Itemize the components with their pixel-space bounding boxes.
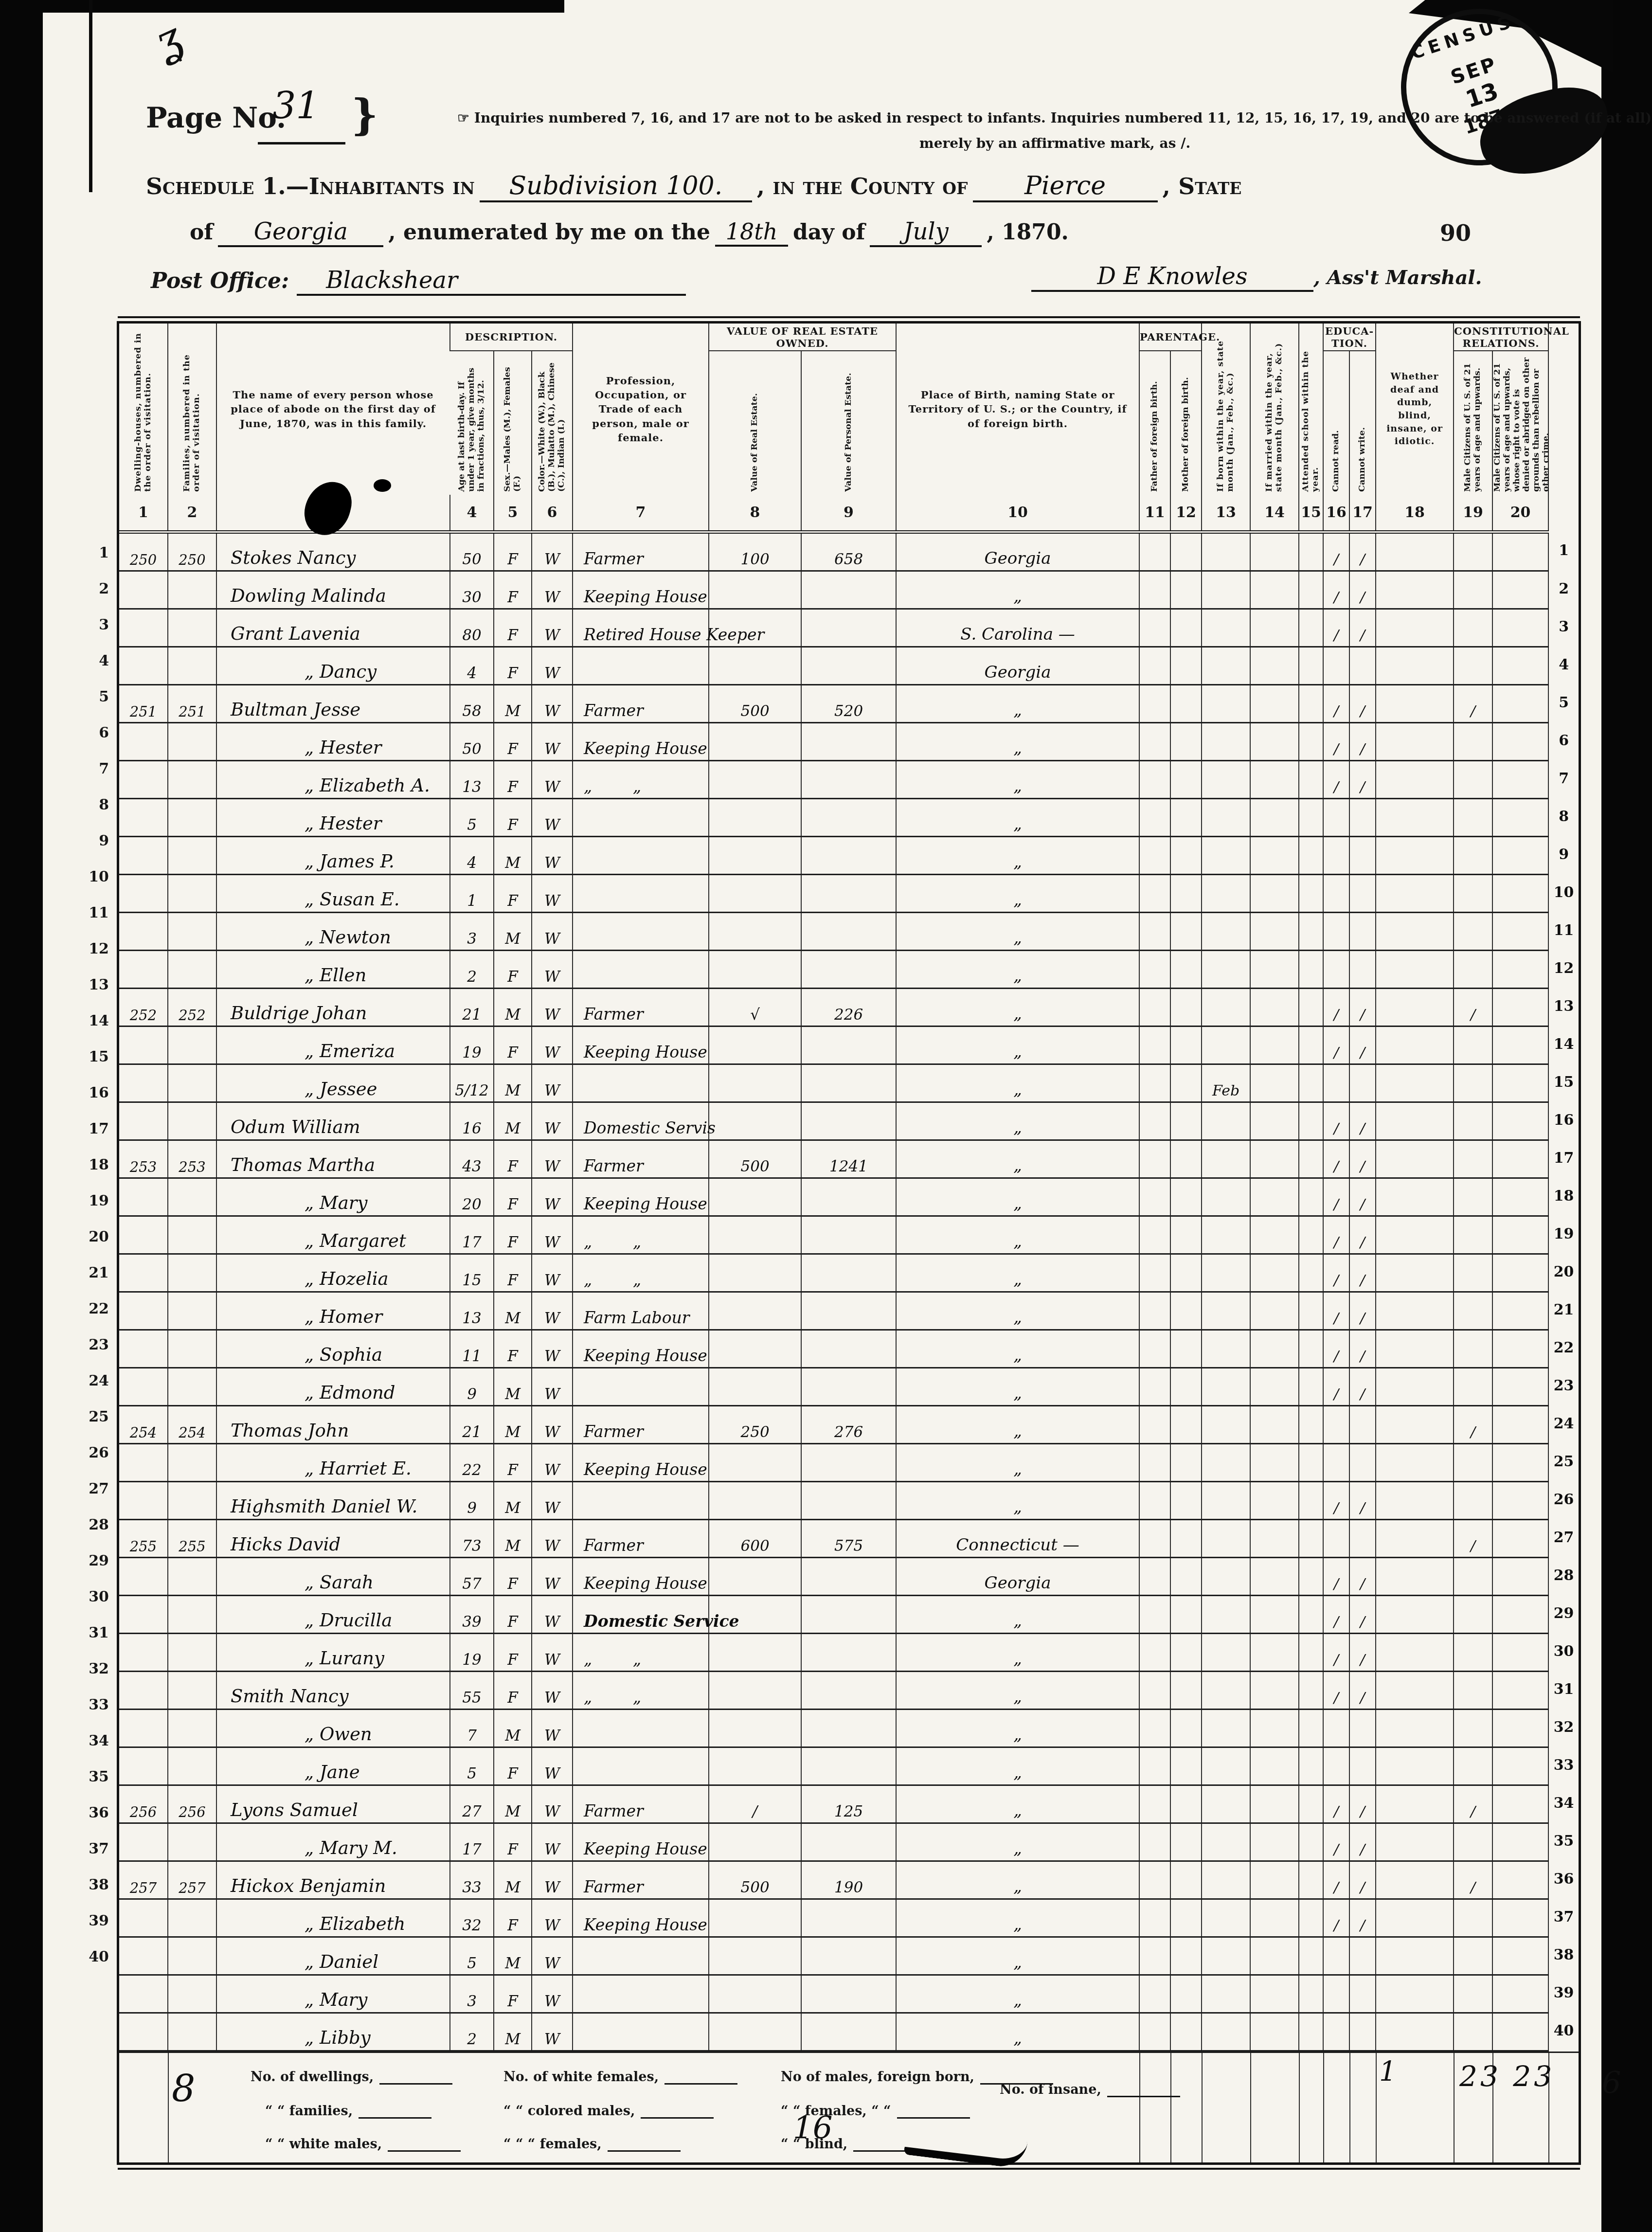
- row-number-left: 38: [72, 1867, 109, 1903]
- age-cell: 50: [450, 532, 494, 571]
- row-number-left: 27: [72, 1471, 109, 1507]
- person-row: 252 252 Buldrige Johan 21 M W Farmer √ 2…: [119, 989, 1579, 1026]
- day-of-label: day of: [793, 220, 865, 245]
- mother-foreign-cell: [1170, 685, 1202, 723]
- real-estate-cell: [709, 647, 801, 685]
- sex-cell: M: [494, 1368, 532, 1406]
- family-number-cell: 251: [168, 685, 216, 723]
- person-row: „ James P. 4 M W „ 9: [119, 837, 1579, 875]
- name-cell: Buldrige Johan: [216, 989, 450, 1026]
- color-cell: W: [532, 761, 573, 799]
- born-month-cell: [1202, 685, 1250, 723]
- father-foreign-cell: [1139, 1672, 1170, 1710]
- name-cell: „ Hester: [216, 799, 450, 837]
- personal-estate-cell: [801, 951, 896, 989]
- family-number-cell: [168, 1064, 216, 1102]
- real-estate-cell: [709, 1558, 801, 1596]
- schedule-label: Schedule 1.—Inhabitants in: [146, 173, 475, 200]
- deaf-dumb-cell: [1376, 1672, 1454, 1710]
- citizen-cell: [1454, 1368, 1492, 1406]
- occupation-cell: Farmer: [573, 1785, 709, 1823]
- birthplace-cell: „: [896, 1710, 1139, 1747]
- person-row: „ Hozelia 15 F W „ „ „ / / 20: [119, 1254, 1579, 1292]
- deaf-dumb-cell: [1376, 1558, 1454, 1596]
- col-num-7: 7: [573, 495, 709, 532]
- citizen-cell: [1454, 1444, 1492, 1482]
- row-number-left: 39: [72, 1903, 109, 1939]
- real-estate-cell: [709, 1823, 801, 1861]
- born-month-cell: [1202, 1710, 1250, 1747]
- row-number-right: 39: [1548, 1975, 1579, 2013]
- sex-cell: F: [494, 799, 532, 837]
- citizen-cell: [1454, 1292, 1492, 1330]
- citizen-cell: [1454, 1596, 1492, 1634]
- deaf-dumb-cell: [1376, 532, 1454, 571]
- vote-denied-cell: [1492, 609, 1548, 647]
- occupation-cell: [573, 1368, 709, 1406]
- footer-blank: [664, 2070, 737, 2085]
- age-cell: 30: [450, 571, 494, 609]
- age-cell: 55: [450, 1672, 494, 1710]
- row-number-right: 2: [1548, 571, 1579, 609]
- age-cell: 5: [450, 1937, 494, 1975]
- birthplace-cell: „: [896, 913, 1139, 951]
- sex-cell: F: [494, 571, 532, 609]
- citizen-cell: [1454, 1178, 1492, 1216]
- born-month-cell: [1202, 761, 1250, 799]
- schedule-line: Schedule 1.—Inhabitants in Subdivision 1…: [146, 171, 1242, 202]
- person-row: „ Newton 3 M W „ 11: [119, 913, 1579, 951]
- birthplace-cell: „: [896, 571, 1139, 609]
- citizen-cell: [1454, 913, 1492, 951]
- col-num-16: 16: [1323, 495, 1349, 532]
- census-table-frame: Dwelling-houses, numbered in the order o…: [117, 321, 1581, 2165]
- row-number-left: 22: [72, 1291, 109, 1327]
- cannot-write-cell: [1349, 875, 1376, 913]
- row-number-right: 36: [1548, 1861, 1579, 1899]
- vote-denied-cell: [1492, 1292, 1548, 1330]
- age-cell: 11: [450, 1330, 494, 1368]
- row-number-left: 13: [72, 967, 109, 1003]
- dwelling-number-cell: [119, 647, 168, 685]
- sex-cell: F: [494, 647, 532, 685]
- person-row: „ Harriet E. 22 F W Keeping House „ 25: [119, 1444, 1579, 1482]
- person-row: „ Margaret 17 F W „ „ „ / / 19: [119, 1216, 1579, 1254]
- real-estate-cell: [709, 1216, 801, 1254]
- father-foreign-cell: [1139, 1634, 1170, 1672]
- born-month-cell: [1202, 1520, 1250, 1558]
- occupation-cell: [573, 875, 709, 913]
- row-number-left: 36: [72, 1795, 109, 1831]
- vote-denied-cell: [1492, 1558, 1548, 1596]
- occupation-cell: Farmer: [573, 685, 709, 723]
- personal-estate-cell: [801, 723, 896, 761]
- married-month-cell: [1250, 1368, 1299, 1406]
- school-cell: [1299, 1178, 1323, 1216]
- sex-cell: M: [494, 1482, 532, 1520]
- school-cell: [1299, 1064, 1323, 1102]
- mother-foreign-cell: [1170, 1747, 1202, 1785]
- citizen-cell: [1454, 609, 1492, 647]
- name-cell: „ Elizabeth A.: [216, 761, 450, 799]
- person-row: „ Dancy 4 F W Georgia 4: [119, 647, 1579, 685]
- age-cell: 21: [450, 989, 494, 1026]
- real-estate-cell: [709, 1368, 801, 1406]
- marshal-line: D E Knowles , Ass't Marshal.: [1031, 263, 1482, 292]
- school-cell: [1299, 1823, 1323, 1861]
- sex-cell: M: [494, 1292, 532, 1330]
- family-number-cell: 256: [168, 1785, 216, 1823]
- post-office-line: Post Office: Blackshear: [151, 267, 686, 296]
- occupation-cell: Keeping House: [573, 1899, 709, 1937]
- row-number-left: 6: [72, 715, 109, 751]
- birthplace-cell: „: [896, 1747, 1139, 1785]
- family-number-cell: [168, 1216, 216, 1254]
- page-no-brace: }: [351, 90, 378, 140]
- birthplace-cell: „: [896, 837, 1139, 875]
- family-number-cell: [168, 1026, 216, 1064]
- vote-denied-cell: [1492, 571, 1548, 609]
- personal-estate-cell: [801, 1482, 896, 1520]
- mother-foreign-cell: [1170, 1482, 1202, 1520]
- of-label: of: [190, 220, 213, 245]
- name-cell: „ Owen: [216, 1710, 450, 1747]
- real-estate-cell: [709, 1292, 801, 1330]
- col-num-8: 8: [709, 495, 801, 532]
- post-office-value: Blackshear: [297, 267, 686, 296]
- citizen-cell: /: [1454, 1520, 1492, 1558]
- name-cell: „ Edmond: [216, 1368, 450, 1406]
- row-number-left: 32: [72, 1651, 109, 1687]
- state-suffix: , State: [1163, 173, 1242, 200]
- personal-estate-cell: 276: [801, 1406, 896, 1444]
- mother-foreign-cell: [1170, 1444, 1202, 1482]
- color-cell: W: [532, 1102, 573, 1140]
- age-cell: 4: [450, 647, 494, 685]
- vote-denied-cell: [1492, 685, 1548, 723]
- personal-estate-cell: [801, 799, 896, 837]
- footer-families-label: “ “ families,: [265, 2104, 431, 2119]
- deaf-dumb-cell: [1376, 761, 1454, 799]
- father-foreign-cell: [1139, 1216, 1170, 1254]
- citizen-cell: [1454, 1140, 1492, 1178]
- school-cell: [1299, 1710, 1323, 1747]
- citizen-cell: [1454, 1823, 1492, 1861]
- row-number-left: 33: [72, 1687, 109, 1723]
- married-month-cell: [1250, 1710, 1299, 1747]
- occupation-cell: Keeping House: [573, 1444, 709, 1482]
- footer-colored-males-label: “ “ colored males,: [503, 2104, 714, 2119]
- cannot-read-cell: /: [1323, 1558, 1349, 1596]
- citizen-cell: /: [1454, 685, 1492, 723]
- row-number-right: 40: [1548, 2013, 1579, 2051]
- age-cell: 19: [450, 1026, 494, 1064]
- person-row: 254 254 Thomas John 21 M W Farmer 250 27…: [119, 1406, 1579, 1444]
- age-cell: 43: [450, 1140, 494, 1178]
- born-month-cell: [1202, 1368, 1250, 1406]
- school-cell: [1299, 1747, 1323, 1785]
- born-month-cell: [1202, 875, 1250, 913]
- color-cell: W: [532, 1558, 573, 1596]
- sex-cell: M: [494, 1406, 532, 1444]
- vote-denied-cell: [1492, 761, 1548, 799]
- family-number-cell: [168, 1102, 216, 1140]
- born-month-cell: [1202, 1254, 1250, 1292]
- person-row: „ Mary 20 F W Keeping House „ / / 18: [119, 1178, 1579, 1216]
- dwelling-number-cell: [119, 913, 168, 951]
- citizen-cell: [1454, 1710, 1492, 1747]
- cannot-write-cell: /: [1349, 723, 1376, 761]
- row-number-left: 28: [72, 1507, 109, 1543]
- cannot-read-cell: /: [1323, 1672, 1349, 1710]
- dwelling-number-cell: [119, 761, 168, 799]
- born-month-cell: [1202, 1102, 1250, 1140]
- birthplace-cell: „: [896, 1102, 1139, 1140]
- father-foreign-cell: [1139, 2013, 1170, 2051]
- birthplace-cell: Connecticut —: [896, 1520, 1139, 1558]
- family-number-cell: [168, 1254, 216, 1292]
- col-header-mother-foreign: Mother of foreign birth.: [1181, 358, 1191, 492]
- row-number-right: 10: [1548, 875, 1579, 913]
- occupation-cell: „ „: [573, 761, 709, 799]
- married-month-cell: [1250, 1064, 1299, 1102]
- school-cell: [1299, 1482, 1323, 1520]
- age-cell: 5/12: [450, 1064, 494, 1102]
- age-cell: 5: [450, 799, 494, 837]
- born-month-cell: [1202, 1444, 1250, 1482]
- color-cell: W: [532, 571, 573, 609]
- color-cell: W: [532, 1482, 573, 1520]
- real-estate-cell: [709, 1710, 801, 1747]
- row-number-right: 34: [1548, 1785, 1579, 1823]
- citizen-cell: [1454, 1102, 1492, 1140]
- person-row: 253 253 Thomas Martha 43 F W Farmer 500 …: [119, 1140, 1579, 1178]
- mother-foreign-cell: [1170, 875, 1202, 913]
- ink-squiggle: ʓ: [146, 12, 190, 68]
- col-header-cannot-write: Cannot write.: [1358, 358, 1367, 492]
- col-header-sex: Sex.—Males (M.), Females (F.): [503, 358, 522, 492]
- col-num-20: 20: [1492, 495, 1548, 532]
- dwelling-number-cell: [119, 837, 168, 875]
- person-row: „ Mary 3 F W „ 39: [119, 1975, 1579, 2013]
- real-estate-cell: [709, 1026, 801, 1064]
- married-month-cell: [1250, 1178, 1299, 1216]
- col-header-father-foreign: Father of foreign birth.: [1150, 358, 1160, 492]
- real-estate-cell: [709, 1747, 801, 1785]
- personal-estate-cell: 125: [801, 1785, 896, 1823]
- dwelling-number-cell: [119, 1747, 168, 1785]
- dwelling-number-cell: [119, 571, 168, 609]
- col-header-vote-denied: Male Citizens of U. S. of 21 years of ag…: [1493, 358, 1551, 492]
- row-number-right: 15: [1548, 1064, 1579, 1102]
- father-foreign-cell: [1139, 837, 1170, 875]
- family-number-cell: [168, 1444, 216, 1482]
- row-number-right: 35: [1548, 1823, 1579, 1861]
- birthplace-cell: „: [896, 1899, 1139, 1937]
- personal-estate-cell: [801, 609, 896, 647]
- name-cell: „ Margaret: [216, 1216, 450, 1254]
- real-estate-cell: [709, 1975, 801, 2013]
- married-month-cell: [1250, 1330, 1299, 1368]
- personal-estate-cell: [801, 875, 896, 913]
- age-cell: 50: [450, 723, 494, 761]
- personal-estate-cell: 226: [801, 989, 896, 1026]
- married-month-cell: [1250, 1899, 1299, 1937]
- right-number-column-head: [1548, 324, 1579, 532]
- married-month-cell: [1250, 1975, 1299, 2013]
- born-month-cell: [1202, 799, 1250, 837]
- deaf-dumb-cell: [1376, 1785, 1454, 1823]
- name-cell: „ Emeriza: [216, 1026, 450, 1064]
- family-number-cell: [168, 951, 216, 989]
- sex-cell: F: [494, 1672, 532, 1710]
- row-number-left: 37: [72, 1831, 109, 1867]
- cannot-read-cell: /: [1323, 1026, 1349, 1064]
- family-number-cell: [168, 1368, 216, 1406]
- color-cell: W: [532, 913, 573, 951]
- citizen-cell: [1454, 532, 1492, 571]
- cannot-write-cell: /: [1349, 1178, 1376, 1216]
- birthplace-cell: „: [896, 1444, 1139, 1482]
- age-cell: 3: [450, 1975, 494, 2013]
- born-month-cell: [1202, 1216, 1250, 1254]
- row-number-left: 30: [72, 1579, 109, 1615]
- row-number-right: 30: [1548, 1634, 1579, 1672]
- family-number-cell: [168, 1823, 216, 1861]
- scan-edge-right: [1601, 0, 1652, 2232]
- father-foreign-cell: [1139, 723, 1170, 761]
- father-foreign-cell: [1139, 1861, 1170, 1899]
- citizen-cell: [1454, 799, 1492, 837]
- col-num-2: 2: [168, 495, 216, 532]
- mother-foreign-cell: [1170, 1216, 1202, 1254]
- real-estate-cell: [709, 875, 801, 913]
- dwelling-number-cell: [119, 1975, 168, 2013]
- cannot-write-cell: /: [1349, 532, 1376, 571]
- school-cell: [1299, 875, 1323, 913]
- age-cell: 20: [450, 1178, 494, 1216]
- col-header-real-estate: Value of Real Estate.: [750, 358, 760, 492]
- color-cell: W: [532, 723, 573, 761]
- personal-estate-cell: 658: [801, 532, 896, 571]
- cannot-read-cell: [1323, 951, 1349, 989]
- vote-denied-cell: [1492, 1216, 1548, 1254]
- mother-foreign-cell: [1170, 647, 1202, 685]
- deaf-dumb-cell: [1376, 1482, 1454, 1520]
- marshal-signature: D E Knowles: [1031, 263, 1313, 292]
- cannot-read-cell: /: [1323, 989, 1349, 1026]
- col-num-13: 13: [1202, 495, 1250, 532]
- color-cell: W: [532, 1444, 573, 1482]
- mother-foreign-cell: [1170, 761, 1202, 799]
- age-cell: 5: [450, 1747, 494, 1785]
- vote-denied-cell: [1492, 1634, 1548, 1672]
- cannot-read-cell: [1323, 1520, 1349, 1558]
- handwritten-read-write-total: 23 23: [1459, 2060, 1555, 2093]
- real-estate-cell: 250: [709, 1406, 801, 1444]
- person-row: „ Mary M. 17 F W Keeping House „ / / 35: [119, 1823, 1579, 1861]
- enumerated-label: , enumerated by me on the: [388, 220, 710, 245]
- real-estate-cell: [709, 837, 801, 875]
- occupation-cell: [573, 1710, 709, 1747]
- dwelling-number-cell: [119, 1823, 168, 1861]
- color-cell: W: [532, 1216, 573, 1254]
- family-number-cell: [168, 1330, 216, 1368]
- name-cell: „ Elizabeth: [216, 1899, 450, 1937]
- deaf-dumb-cell: [1376, 989, 1454, 1026]
- footer-divider: [1349, 2053, 1350, 2162]
- birthplace-cell: „: [896, 2013, 1139, 2051]
- dwelling-number-cell: [119, 1102, 168, 1140]
- deaf-dumb-cell: [1376, 1823, 1454, 1861]
- col-num-11: 11: [1139, 495, 1170, 532]
- age-cell: 13: [450, 761, 494, 799]
- vote-denied-cell: [1492, 989, 1548, 1026]
- row-number-left: 4: [72, 643, 109, 679]
- name-cell: „ Dancy: [216, 647, 450, 685]
- sex-cell: M: [494, 1785, 532, 1823]
- dwelling-number-cell: [119, 1216, 168, 1254]
- dwelling-number-cell: 251: [119, 685, 168, 723]
- occupation-cell: Keeping House: [573, 1178, 709, 1216]
- group-education: EDUCA-TION.: [1323, 324, 1376, 351]
- father-foreign-cell: [1139, 1482, 1170, 1520]
- citizen-cell: [1454, 1747, 1492, 1785]
- page-no-underline: [258, 142, 345, 144]
- mother-foreign-cell: [1170, 1026, 1202, 1064]
- school-cell: [1299, 1558, 1323, 1596]
- real-estate-cell: [709, 1330, 801, 1368]
- married-month-cell: [1250, 1520, 1299, 1558]
- occupation-cell: Farmer: [573, 1406, 709, 1444]
- person-row: „ Elizabeth 32 F W Keeping House „ / / 3…: [119, 1899, 1579, 1937]
- col-header-families: Families, numbered in the order of visit…: [182, 331, 202, 492]
- row-number-left: 24: [72, 1363, 109, 1399]
- father-foreign-cell: [1139, 1785, 1170, 1823]
- cannot-read-cell: /: [1323, 1899, 1349, 1937]
- personal-estate-cell: [801, 571, 896, 609]
- name-cell: „ Jane: [216, 1747, 450, 1785]
- real-estate-cell: 500: [709, 685, 801, 723]
- row-number-right: 21: [1548, 1292, 1579, 1330]
- cannot-read-cell: [1323, 1937, 1349, 1975]
- personal-estate-cell: [801, 1634, 896, 1672]
- dwelling-number-cell: 250: [119, 532, 168, 571]
- real-estate-cell: √: [709, 989, 801, 1026]
- age-cell: 1: [450, 875, 494, 913]
- sex-cell: F: [494, 1216, 532, 1254]
- real-estate-cell: [709, 1482, 801, 1520]
- real-estate-cell: 100: [709, 532, 801, 571]
- age-cell: 17: [450, 1823, 494, 1861]
- name-cell: Bultman Jesse: [216, 685, 450, 723]
- deaf-dumb-cell: [1376, 1140, 1454, 1178]
- deaf-dumb-cell: [1376, 1937, 1454, 1975]
- age-cell: 2: [450, 951, 494, 989]
- row-number-right: 14: [1548, 1026, 1579, 1064]
- person-row: „ Drucilla 39 F W Domestic Service „ / /…: [119, 1596, 1579, 1634]
- footer-blank: [608, 2138, 681, 2152]
- deaf-dumb-cell: [1376, 609, 1454, 647]
- name-cell: „ Mary M.: [216, 1823, 450, 1861]
- family-number-cell: [168, 1975, 216, 2013]
- cannot-write-cell: /: [1349, 1254, 1376, 1292]
- cannot-write-cell: [1349, 1975, 1376, 2013]
- born-month-cell: [1202, 1178, 1250, 1216]
- occupation-cell: Keeping House: [573, 1026, 709, 1064]
- age-cell: 27: [450, 1785, 494, 1823]
- handwritten-born-total: 1: [1379, 2056, 1397, 2088]
